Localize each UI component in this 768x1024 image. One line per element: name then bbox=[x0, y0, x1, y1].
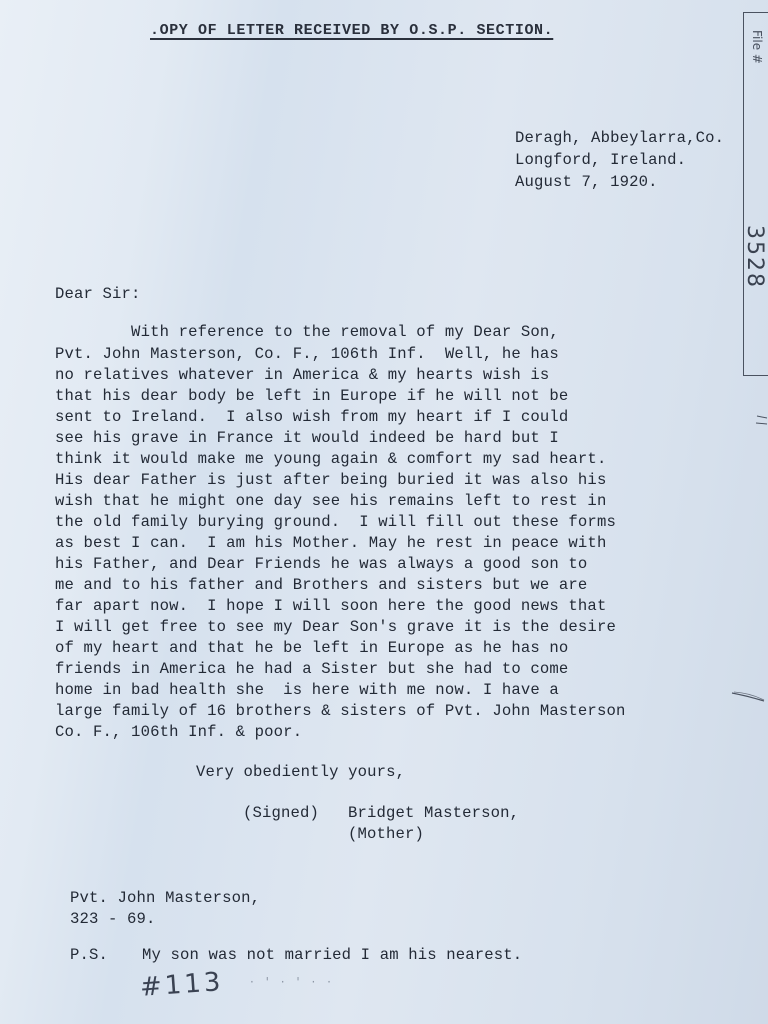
body-line: Pvt. John Masterson, Co. F., 106th Inf. … bbox=[55, 344, 559, 364]
body-line: that his dear body be left in Europe if … bbox=[55, 386, 568, 406]
body-line: wish that he might one day see his remai… bbox=[55, 491, 606, 511]
reference-number: 323 - 69. bbox=[70, 909, 156, 929]
letter-page: .OPY OF LETTER RECEIVED BY O.S.P. SECTIO… bbox=[0, 0, 768, 1024]
body-line: friends in America he had a Sister but s… bbox=[55, 659, 568, 679]
signature-name: Bridget Masterson, bbox=[348, 803, 519, 823]
document-title: .OPY OF LETTER RECEIVED BY O.S.P. SECTIO… bbox=[150, 22, 553, 39]
body-line: me and to his father and Brothers and si… bbox=[55, 575, 587, 595]
body-line: the old family burying ground. I will fi… bbox=[55, 512, 616, 532]
pencil-tick-mark bbox=[755, 414, 768, 434]
body-line: Co. F., 106th Inf. & poor. bbox=[55, 722, 302, 742]
reference-name: Pvt. John Masterson, bbox=[70, 888, 260, 908]
body-line: sent to Ireland. I also wish from my hea… bbox=[55, 407, 568, 427]
salutation: Dear Sir: bbox=[55, 284, 141, 304]
sender-address-line-2: Longford, Ireland. bbox=[515, 150, 686, 170]
pen-stroke-mark bbox=[730, 690, 766, 702]
letter-date: August 7, 1920. bbox=[515, 172, 658, 192]
faint-marks: · ' · ' · · bbox=[250, 975, 335, 989]
body-line: think it would make me young again & com… bbox=[55, 449, 606, 469]
closing: Very obediently yours, bbox=[196, 762, 405, 782]
ps-text: My son was not married I am his nearest. bbox=[142, 945, 522, 965]
file-label: File # bbox=[750, 30, 764, 64]
body-line: see his grave in France it would indeed … bbox=[55, 428, 559, 448]
signature-label: (Signed) bbox=[243, 803, 319, 823]
signature-role: (Mother) bbox=[348, 824, 424, 844]
body-line: large family of 16 brothers & sisters of… bbox=[55, 701, 625, 721]
body-line: his Father, and Dear Friends he was alwa… bbox=[55, 554, 587, 574]
body-line: His dear Father is just after being buri… bbox=[55, 470, 606, 490]
file-stamp-box bbox=[743, 12, 768, 376]
body-line: With reference to the removal of my Dear… bbox=[55, 322, 559, 342]
ps-label: P.S. bbox=[70, 945, 108, 965]
body-line: no relatives whatever in America & my he… bbox=[55, 365, 549, 385]
body-line: as best I can. I am his Mother. May he r… bbox=[55, 533, 606, 553]
body-line: I will get free to see my Dear Son's gra… bbox=[55, 617, 616, 637]
body-line: of my heart and that he be left in Europ… bbox=[55, 638, 568, 658]
handwritten-number: #113 bbox=[139, 967, 224, 1003]
file-number-handwritten: 3528 bbox=[742, 225, 767, 289]
sender-address-line-1: Deragh, Abbeylarra,Co. bbox=[515, 128, 724, 148]
body-line: home in bad health she is here with me n… bbox=[55, 680, 559, 700]
body-line: far apart now. I hope I will soon here t… bbox=[55, 596, 606, 616]
